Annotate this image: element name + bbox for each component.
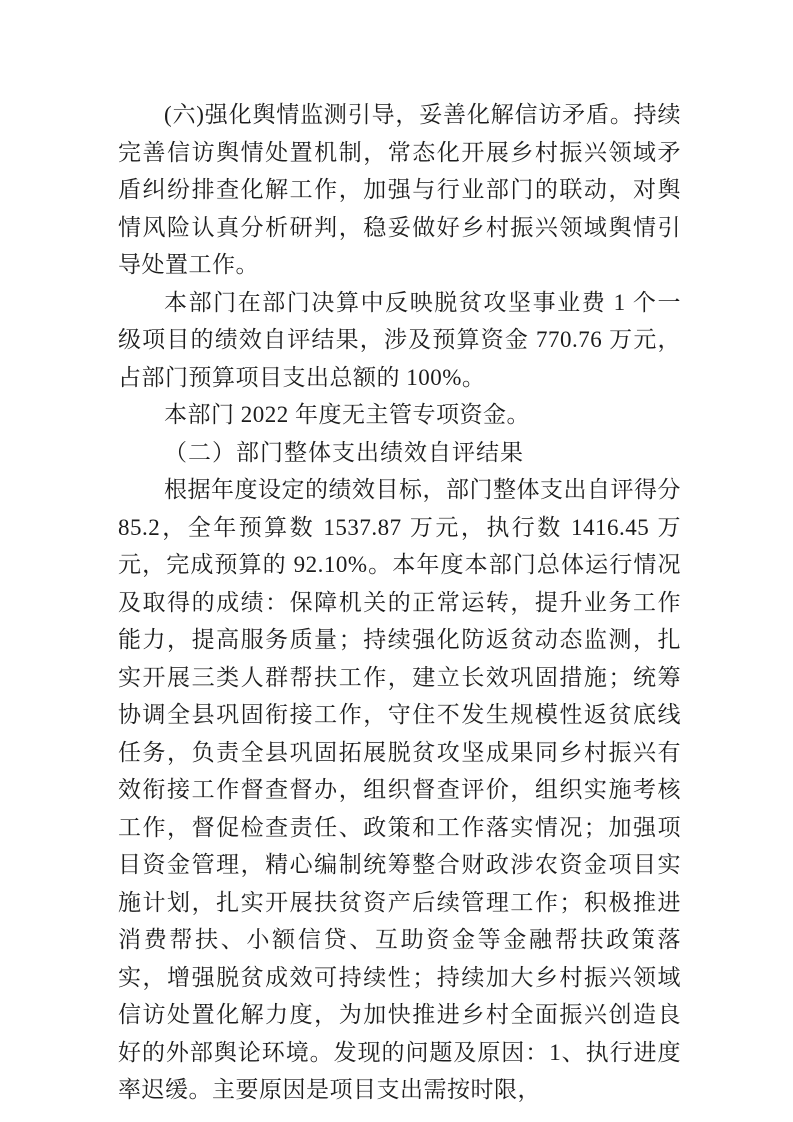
paragraph-no-special-funds: 本部门 2022 年度无主管专项资金。 xyxy=(118,396,681,434)
paragraph-overall-performance-detail: 根据年度设定的绩效目标，部门整体支出自评得分 85.2，全年预算数 1537.8… xyxy=(118,471,681,1109)
document-page: (六)强化舆情监测引导，妥善化解信访矛盾。持续完善信访舆情处置机制，常态化开展乡… xyxy=(0,0,793,1122)
document-text-block: (六)强化舆情监测引导，妥善化解信访矛盾。持续完善信访舆情处置机制，常态化开展乡… xyxy=(118,96,681,1109)
section-heading-overall-expenditure-self-evaluation: （二）部门整体支出绩效自评结果 xyxy=(118,434,681,472)
paragraph-project-self-evaluation: 本部门在部门决算中反映脱贫攻坚事业费 1 个一级项目的绩效自评结果，涉及预算资金… xyxy=(118,284,681,397)
paragraph-public-opinion-guidance: (六)强化舆情监测引导，妥善化解信访矛盾。持续完善信访舆情处置机制，常态化开展乡… xyxy=(118,96,681,284)
